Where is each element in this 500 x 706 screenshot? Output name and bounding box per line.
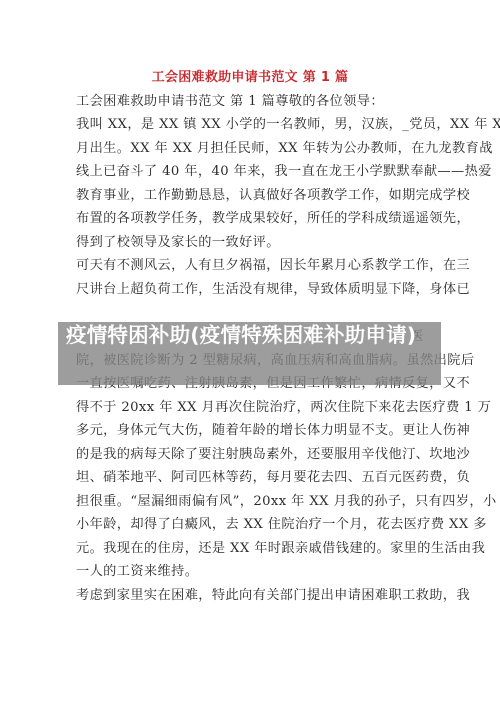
document-page: 工会困难救助申请书范文 第 1 篇 工会困难救助申请书范文 第 1 篇尊敬的各位… — [0, 0, 500, 706]
body-line: 考虑到家里实在困难，特此向有关部门提出申请困难职工救助，我 — [76, 588, 426, 604]
body-line: 多元，身体元气大伤，随着年龄的增长体力明显不支。更让人伤神 — [76, 423, 426, 439]
body-line: 教育事业，工作勤勤恳恳，认真做好各项教学工作，如期完成学校 — [76, 188, 426, 204]
body-line: 的是我的病每天除了要注射胰岛素外，还要服用辛伐他汀、坎地沙 — [76, 447, 426, 463]
body-line: 工会困难救助申请书范文 第 1 篇尊敬的各位领导： — [76, 94, 426, 110]
body-line: 元。我现在的住房，还是 XX 年时跟亲戚借钱建的。家里的生活由我 — [76, 541, 426, 557]
document-title: 工会困难救助申请书范文 第 1 篇 — [0, 66, 500, 85]
body-line: 一人的工资来维持。 — [76, 564, 426, 580]
body-line: 坦、硝苯地平、阿司匹林等药，每月要花去四、五百元医药费，负 — [76, 470, 426, 486]
body-line: 月出生。XX 年 XX 月担任民师，XX 年转为公办教师，在九龙教育战 — [76, 141, 426, 157]
body-line: 布置的各项教学任务，教学成果较好，所任的学科成绩遥遥领先， — [76, 211, 426, 227]
body-line: 担很重。“屋漏细雨偏有风”，20xx 年 XX 月我的孙子，只有四岁，小 — [76, 494, 426, 510]
body-line: 可天有不测风云，人有旦夕祸福，因长年累月心系教学工作，在三 — [76, 258, 426, 274]
body-line: 得不于 20xx 年 XX 月再次住院治疗，两次住院下来花去医疗费 1 万 — [76, 400, 426, 416]
body-line: 我叫 XX，是 XX 镇 XX 小学的一名教师，男，汉族，_党员，XX 年 XX — [76, 117, 426, 133]
body-line: 小年龄，却得了白癜风，去 XX 住院治疗一个月，花去医疗费 XX 多 — [76, 517, 426, 533]
caption-text: 疫情特困补助(疫情特殊困难补助申请) — [66, 322, 446, 348]
body-line: 尺讲台上超负荷工作，生活没有规律，导致体质明显下降，身体已 — [76, 282, 426, 298]
body-line: 得到了校领导及家长的一致好评。 — [76, 235, 426, 251]
body-line: 线上已奋斗了 40 年，40 年来，我一直在龙王小学默默奉献——热爱 — [76, 164, 426, 180]
